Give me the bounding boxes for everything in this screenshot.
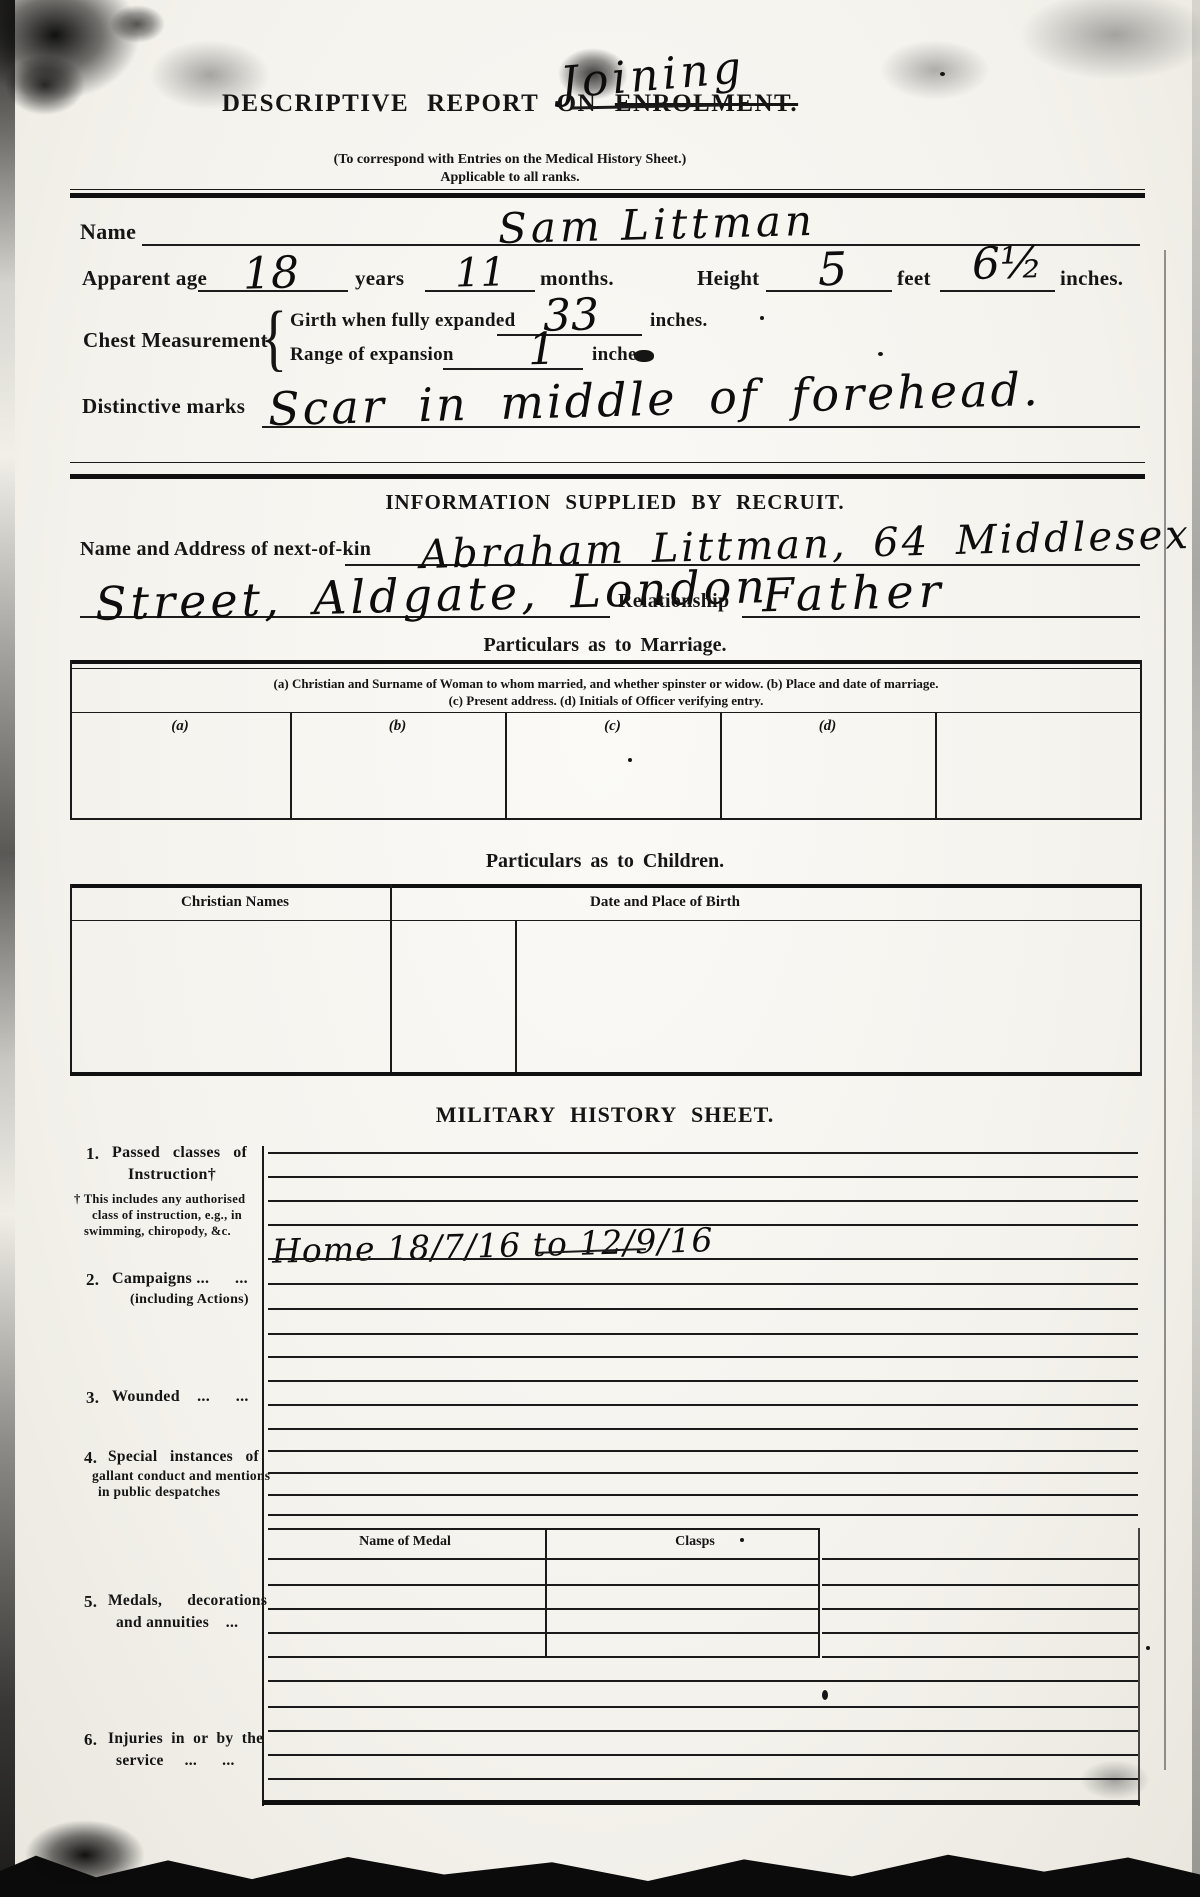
- campaigns-entry: Home 18/7/16 to 12/9/16: [272, 1220, 714, 1271]
- item2-number: 2.: [86, 1270, 99, 1290]
- medal-row-line: [268, 1632, 818, 1634]
- scan-edge-right-line: [1164, 250, 1166, 1770]
- writing-line: [268, 1404, 1138, 1406]
- scan-edge-right: [1192, 0, 1200, 1897]
- marriage-col-a: (a): [70, 718, 290, 735]
- scan-stain: [1020, 0, 1200, 80]
- marriage-divider: [720, 712, 722, 820]
- marriage-col-c: (c): [505, 718, 720, 735]
- writing-line: [822, 1656, 1138, 1658]
- marriage-divider: [290, 712, 292, 820]
- item3-number: 3.: [86, 1388, 99, 1408]
- children-divider-2: [515, 920, 517, 1074]
- writing-line: [268, 1333, 1138, 1335]
- name-label: Name: [80, 219, 136, 245]
- chest-measurement-label: Chest Measurement: [83, 328, 268, 353]
- recruit-section-heading: INFORMATION SUPPLIED BY RECRUIT.: [85, 490, 1145, 515]
- medal-col1-header: Name of Medal: [300, 1534, 510, 1550]
- item6-label-line1: Injuries in or by the: [108, 1730, 263, 1748]
- distinctive-marks-label: Distinctive marks: [82, 394, 245, 419]
- marriage-note-1: (a) Christian and Surname of Woman to wh…: [70, 676, 1142, 692]
- military-right-border: [1138, 1528, 1140, 1806]
- item6-box-top-rule: [268, 1680, 1138, 1682]
- writing-line: [268, 1428, 1138, 1430]
- writing-line: [268, 1176, 1138, 1178]
- children-col2-header: Date and Place of Birth: [520, 894, 810, 911]
- marriage-table-top-rule: [70, 660, 1142, 664]
- scan-edge-bottom: [0, 1850, 1200, 1897]
- marriage-note-2: (c) Present address. (d) Initials of Off…: [70, 693, 1142, 709]
- marriage-col-d: (d): [720, 718, 935, 735]
- writing-line: [822, 1558, 1138, 1560]
- range-value: 1: [527, 324, 556, 376]
- writing-line: [268, 1494, 1138, 1496]
- page-title: DESCRIPTIVE REPORT ON ENROLMENT.: [0, 90, 1020, 118]
- writing-line: [268, 1283, 1138, 1285]
- chest-brace: {: [260, 296, 287, 381]
- writing-line: [268, 1200, 1138, 1202]
- range-unit: inches.: [592, 344, 650, 366]
- item1-label-line1: Passed classes of: [112, 1144, 247, 1162]
- scanned-document-page: Joining DESCRIPTIVE REPORT ON ENROLMENT.…: [0, 0, 1200, 1897]
- item1-footnote-line3: swimming, chiropody, &c.: [84, 1224, 231, 1239]
- writing-line: [268, 1450, 1138, 1452]
- item5-label-line1: Medals, decorations: [108, 1592, 267, 1610]
- writing-line: [268, 1472, 1138, 1474]
- writing-line: [268, 1356, 1138, 1358]
- item2-label-line1: Campaigns ... ...: [112, 1270, 248, 1288]
- inches-value: 6½: [971, 237, 1043, 290]
- item1-footnote-line2: class of instruction, e.g., in: [92, 1208, 242, 1223]
- medal-table-divider: [545, 1528, 547, 1658]
- item6-label-line2: service ... ...: [116, 1752, 235, 1770]
- feet-value: 5: [817, 242, 848, 297]
- writing-line: [822, 1632, 1138, 1634]
- scan-speck: [760, 316, 764, 320]
- medal-row-line: [268, 1608, 818, 1610]
- range-label: Range of expansion: [290, 344, 454, 366]
- medal-table-bottom-rule: [268, 1656, 818, 1658]
- writing-line: [268, 1308, 1138, 1310]
- item2-label-line2: (including Actions): [130, 1292, 249, 1308]
- writing-line: [268, 1754, 1138, 1756]
- feet-label: feet: [897, 266, 931, 291]
- item5-number: 5.: [84, 1592, 97, 1612]
- item5-label-line2: and annuities ...: [116, 1614, 238, 1632]
- children-table-bottom-rule: [70, 1072, 1142, 1076]
- years-label: years: [355, 266, 404, 291]
- age-value: 18: [242, 247, 299, 299]
- children-table-right-border: [1140, 884, 1142, 1074]
- item1-number: 1.: [86, 1144, 99, 1164]
- inches-label: inches.: [1060, 266, 1123, 291]
- children-col1-header: Christian Names: [95, 894, 375, 911]
- scan-speck: [822, 1690, 828, 1700]
- item4-label-line3: in public despatches: [98, 1484, 220, 1500]
- writing-line: [268, 1380, 1138, 1382]
- item6-number: 6.: [84, 1730, 97, 1750]
- divider: [70, 189, 1145, 190]
- apparent-age-label: Apparent age: [82, 266, 207, 291]
- writing-line: [268, 1152, 1138, 1154]
- name-value: Sam Littman: [497, 196, 816, 253]
- height-label: Height: [697, 266, 759, 291]
- divider: [70, 474, 1145, 479]
- subtitle: (To correspond with Entries on the Medic…: [0, 152, 1020, 168]
- writing-line: [268, 1730, 1138, 1732]
- marriage-table-left-border: [70, 660, 72, 820]
- scan-edge-left: [0, 0, 15, 1897]
- scan-stain: [25, 1820, 145, 1890]
- children-header-rule: [70, 920, 1142, 921]
- marriage-table-header-rule: [70, 712, 1142, 713]
- page-title-text: DESCRIPTIVE REPORT ON: [222, 90, 597, 117]
- writing-line: [268, 1706, 1138, 1708]
- next-of-kin-label: Name and Address of next-of-kin: [80, 538, 371, 561]
- scan-speck: [628, 758, 632, 762]
- relationship-value: Father: [761, 564, 946, 623]
- children-divider: [390, 884, 392, 1074]
- children-table-left-border: [70, 884, 72, 1074]
- medal-col2-header: Clasps: [590, 1534, 800, 1550]
- military-heading: MILITARY HISTORY SHEET.: [70, 1102, 1140, 1128]
- marriage-table-right-border: [1140, 660, 1142, 820]
- scan-speck: [1146, 1646, 1150, 1650]
- item4-number: 4.: [84, 1448, 97, 1468]
- marriage-col-b: (b): [290, 718, 505, 735]
- children-heading: Particulars as to Children.: [70, 850, 1140, 873]
- relationship-label: Relationship: [618, 590, 729, 613]
- months-value: 11: [454, 249, 506, 296]
- writing-line: [268, 1514, 1138, 1516]
- item4-label-line2: gallant conduct and mentions: [92, 1468, 270, 1484]
- writing-line: [268, 1778, 1138, 1780]
- girth-unit: inches.: [650, 310, 708, 332]
- item1-label-line2: Instruction†: [128, 1166, 216, 1184]
- item3-label-line1: Wounded ... ...: [112, 1388, 249, 1406]
- divider: [70, 193, 1145, 198]
- writing-line: [268, 1258, 1138, 1260]
- marriage-table-bottom-rule: [70, 818, 1142, 820]
- medal-table-top-rule: [268, 1528, 818, 1530]
- children-table-top-rule: [70, 884, 1142, 888]
- scan-speck: [878, 352, 883, 356]
- writing-line: [822, 1608, 1138, 1610]
- writing-line: [822, 1584, 1138, 1586]
- marriage-table-rule: [70, 668, 1142, 669]
- item4-label-line1: Special instances of: [108, 1448, 259, 1466]
- marriage-heading: Particulars as to Marriage.: [70, 634, 1140, 657]
- medal-table-right-border: [818, 1528, 820, 1658]
- subtitle2: Applicable to all ranks.: [0, 170, 1020, 186]
- medal-header-rule: [268, 1558, 818, 1560]
- military-bottom-rule: [262, 1800, 1140, 1805]
- item1-footnote-line1: † This includes any authorised: [74, 1192, 245, 1207]
- scan-stain: [110, 5, 165, 43]
- girth-label: Girth when fully expanded: [290, 310, 516, 332]
- scan-speck: [940, 72, 945, 76]
- marriage-divider: [935, 712, 937, 820]
- medal-row-line: [268, 1584, 818, 1586]
- range-underline: [443, 342, 583, 370]
- marriage-divider: [505, 712, 507, 820]
- months-label: months.: [540, 266, 614, 291]
- divider: [70, 462, 1145, 463]
